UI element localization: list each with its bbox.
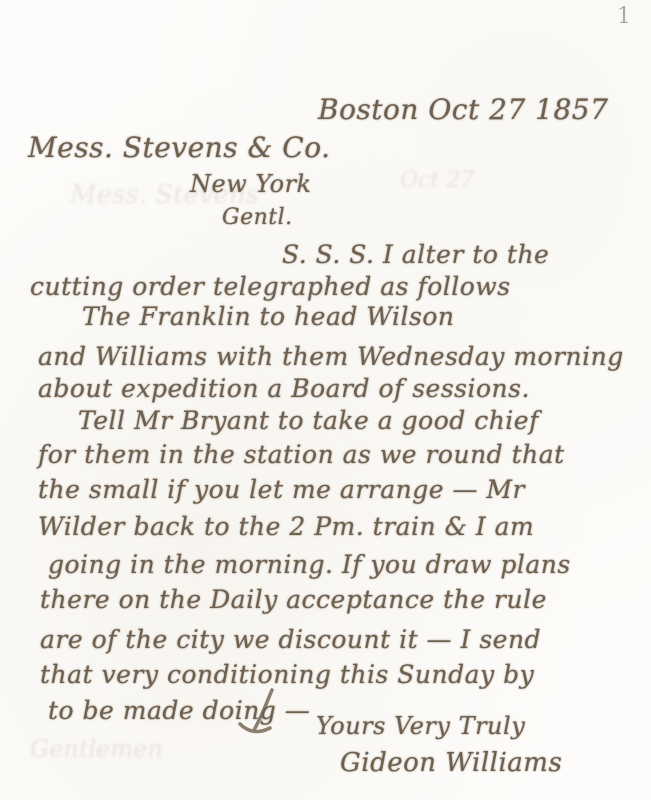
recipient-name: Mess. Stevens & Co. [28, 131, 331, 164]
date-line: Boston Oct 27 1857 [318, 93, 608, 126]
salutation: Gentl. [222, 205, 293, 230]
body-line: about expedition a Board of sessions. [38, 374, 530, 403]
body-line: S. S. S. I alter to the [282, 240, 549, 269]
bleed-through-text: Gentlemen [30, 735, 163, 763]
body-line: that very conditioning this Sunday by [40, 660, 534, 689]
pen-flourish-icon [232, 686, 292, 738]
page-number: 1 [617, 4, 631, 29]
bleed-through-text: Oct 27 [400, 168, 474, 193]
body-line: there on the Daily acceptance the rule [40, 585, 547, 614]
body-line: going in the morning. If you draw plans [48, 550, 571, 579]
recipient-city: New York [190, 170, 312, 198]
body-line: cutting order telegraphed as follows [30, 272, 511, 301]
body-line: Wilder back to the 2 Pm. train & I am [38, 512, 534, 541]
body-line: The Franklin to head Wilson [82, 302, 455, 331]
body-line: are of the city we discount it — I send [40, 625, 541, 654]
body-line: for them in the station as we round that [38, 440, 565, 469]
body-line: Tell Mr Bryant to take a good chief [78, 406, 539, 435]
body-line: the small if you let me arrange — Mr [38, 475, 525, 504]
signature: Gideon Williams [340, 748, 562, 778]
letter-page: 1 Mess. Stevens Oct 27 Gentlemen Boston … [0, 0, 651, 800]
body-line: and Williams with them Wednesday morning [38, 342, 624, 371]
closing: Yours Very Truly [316, 712, 525, 740]
